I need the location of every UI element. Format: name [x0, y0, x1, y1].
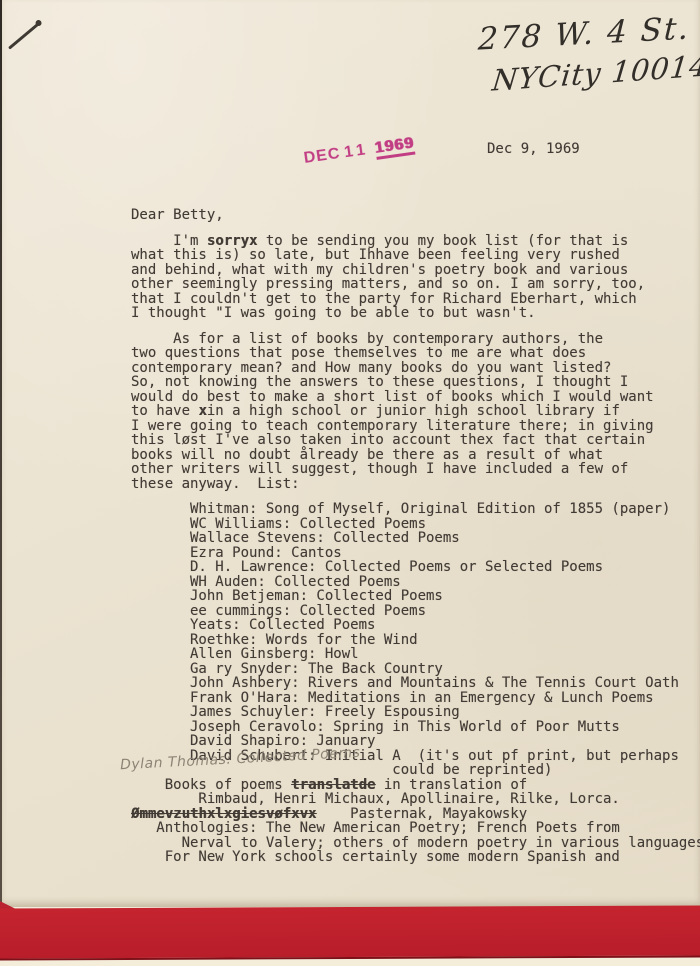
- typed-date: Dec 9, 1969: [487, 141, 580, 157]
- stamp-day: 11: [343, 141, 370, 161]
- letter-line: to have xin a high school or junior high…: [131, 404, 700, 419]
- letter-line: I'm sorryx to be sending you my book lis…: [131, 234, 700, 249]
- letter-line: two questions that pose themselves to me…: [131, 346, 700, 361]
- letter-line: I were going to teach contemporary liter…: [131, 419, 700, 434]
- letter-line: this løst I've also taken into account t…: [131, 433, 700, 448]
- letter-line: Rimbaud, Henri Michaux, Apollinaire, Ril…: [131, 792, 700, 807]
- letter-line: Books of poems translatde in translation…: [131, 778, 700, 793]
- letter-line: As for a list of books by contemporary a…: [131, 332, 700, 347]
- letter-line: David Shapiro: January: [131, 734, 700, 749]
- letter-line: Wallace Stevens: Collected Poems: [131, 531, 700, 546]
- letter-line: would do best to make a short list of bo…: [131, 390, 700, 405]
- letter-line: ee cummings: Collected Poems: [131, 604, 700, 619]
- letter-text: these anyway. List:: [131, 476, 300, 492]
- letter-line: For New York schools certainly some mode…: [131, 850, 700, 865]
- letter-line: what this is) so late, but Ihhave been f…: [131, 248, 700, 263]
- letter-line: other writers will suggest, though I hav…: [131, 462, 700, 477]
- letter-line: and behind, what with my children's poet…: [131, 263, 700, 278]
- letter-line: Frank O'Hara: Meditations in an Emergenc…: [131, 691, 700, 706]
- stamp-month: DEC: [303, 145, 342, 167]
- letter-line: James Schuyler: Freely Espousing: [131, 705, 700, 720]
- letter-line: WH Auden: Collected Poems: [131, 575, 700, 590]
- letter-line: John Betjeman: Collected Poems: [131, 589, 700, 604]
- letter-line: Yeats: Collected Poems: [131, 618, 700, 633]
- letter-line: these anyway. List:: [131, 477, 700, 492]
- letter-line: that I couldn't get to the party for Ric…: [131, 292, 700, 307]
- letter-line: books will no doubt ålready be there as …: [131, 448, 700, 463]
- scan-edge-line: [0, 0, 2, 907]
- letter-line: Allen Ginsberg: Howl: [131, 647, 700, 662]
- letter-line: Roethke: Words for the Wind: [131, 633, 700, 648]
- letter-line: I thought "I was going to be able to but…: [131, 306, 700, 321]
- letter-text: For New York schools certainly some mode…: [131, 849, 620, 865]
- letter-line: Ga ry Snyder: The Back Country: [131, 662, 700, 677]
- letter-line: John Ashbery: Rivers and Mountains & The…: [131, 676, 700, 691]
- letter-line: So, not knowing the answers to these que…: [131, 375, 700, 390]
- letter-line: Ezra Pound: Cantos: [131, 546, 700, 561]
- red-backing-band: [0, 905, 700, 960]
- letter-line: Joseph Ceravolo: Spring in This World of…: [131, 720, 700, 735]
- letter-line: D. H. Lawrence: Collected Poems or Selec…: [131, 560, 700, 575]
- letter-line: Dear Betty,: [131, 208, 700, 223]
- letter-line: Nerval to Valery; others of modern poetr…: [131, 836, 700, 851]
- letter-line: contemporary mean? and How many books do…: [131, 361, 700, 376]
- letter-line: Anthologies: The New American Poetry; Fr…: [131, 821, 700, 836]
- letter-line: Whitman: Song of Myself, Original Editio…: [131, 502, 700, 517]
- letter-line: Ømmevzuthxlxgiesvøfxvx Pasternak, Mayako…: [131, 807, 700, 822]
- letter-text: I thought "I was going to be able to but…: [131, 305, 536, 321]
- letter-line: other seemingly pressing matters, and so…: [131, 277, 700, 292]
- letter-line: WC Williams: Collected Poems: [131, 517, 700, 532]
- letter-text: Dear Betty,: [131, 207, 224, 223]
